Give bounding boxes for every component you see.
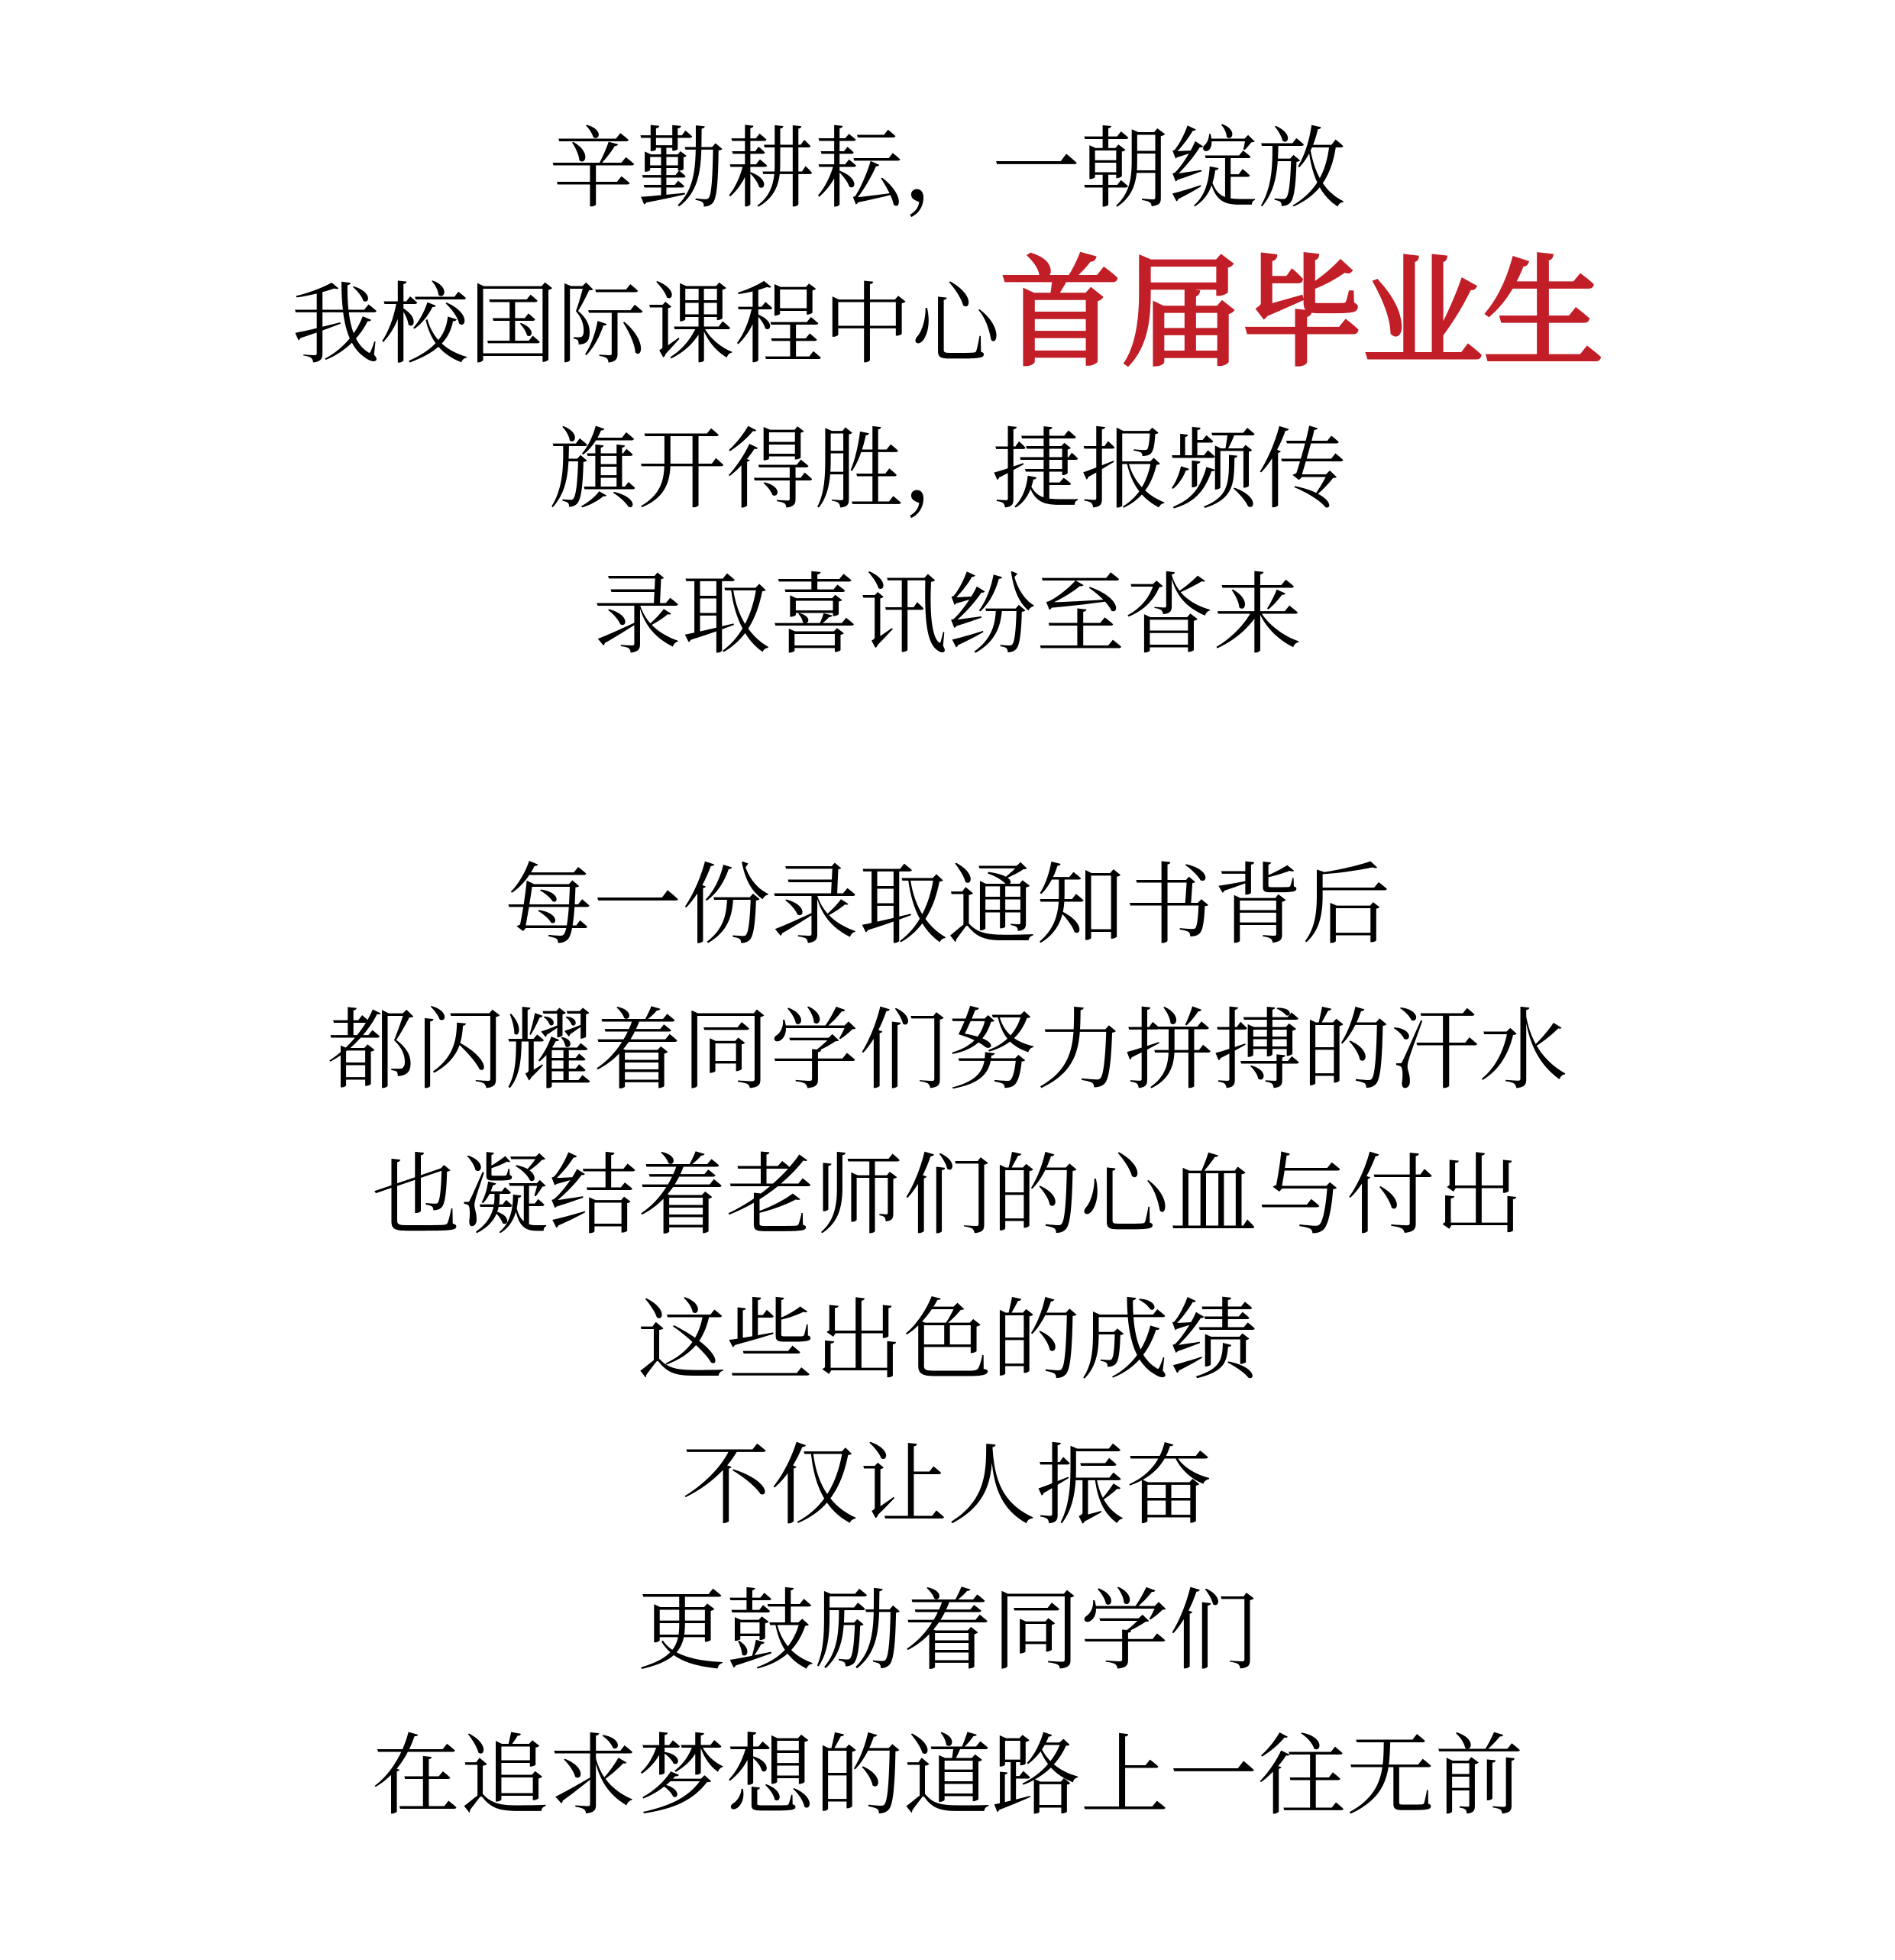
body-line-1: 每一份录取通知书背后 bbox=[0, 834, 1895, 979]
poster: 辛勤耕耘，一朝绽放 我校国际课程中心首届毕业生 旗开得胜，捷报频传 录取喜讯纷至… bbox=[0, 0, 1895, 1960]
body-line-7: 在追求梦想的道路上一往无前 bbox=[0, 1705, 1895, 1850]
body-line-3: 也凝结着老师们的心血与付出 bbox=[0, 1124, 1895, 1269]
intro-block: 辛勤耕耘，一朝绽放 我校国际课程中心首届毕业生 旗开得胜，捷报频传 录取喜讯纷至… bbox=[0, 98, 1895, 689]
body-line-2: 都闪耀着同学们努力拼搏的汗水 bbox=[0, 979, 1895, 1124]
block-gap bbox=[0, 689, 1895, 834]
body-line-6: 更鼓励着同学们 bbox=[0, 1560, 1895, 1705]
intro-line-3: 旗开得胜，捷报频传 bbox=[0, 399, 1895, 544]
intro-line-2-prefix: 我校国际课程中心 bbox=[292, 277, 1001, 375]
body-line-4: 这些出色的成绩 bbox=[0, 1269, 1895, 1415]
body-line-5: 不仅让人振奋 bbox=[0, 1415, 1895, 1560]
intro-line-2: 我校国际课程中心首届毕业生 bbox=[0, 243, 1895, 399]
intro-line-4: 录取喜讯纷至沓来 bbox=[0, 544, 1895, 689]
body-block: 每一份录取通知书背后 都闪耀着同学们努力拼搏的汗水 也凝结着老师们的心血与付出 … bbox=[0, 834, 1895, 1850]
intro-line-1: 辛勤耕耘，一朝绽放 bbox=[0, 98, 1895, 243]
intro-line-2-highlight: 首届毕业生 bbox=[1001, 248, 1604, 382]
